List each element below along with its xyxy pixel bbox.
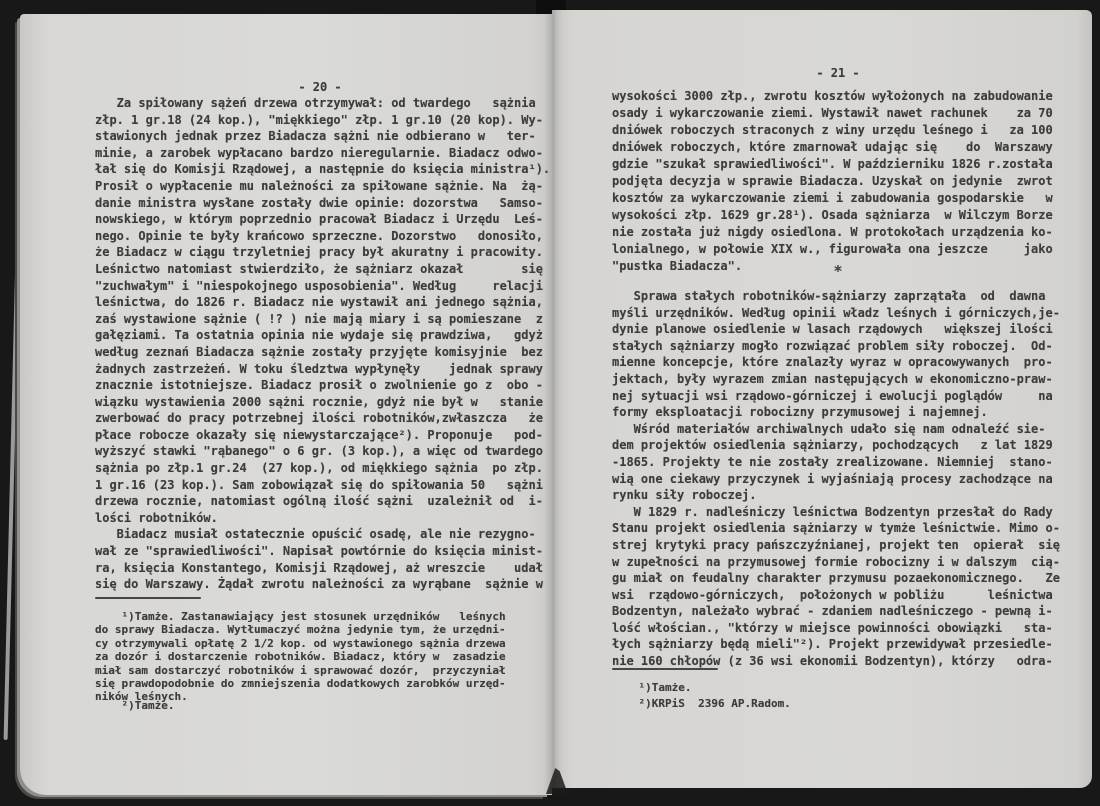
footnotes-right: ¹)Tamże. ²)KRPiS 2396 AP.Radom. bbox=[612, 680, 1074, 712]
body-text-right-bottom: Sprawa stałych robotników-sążniarzy zapr… bbox=[612, 288, 1074, 670]
scanned-book-spread: - 20 - Za spiłowany sążeń drzewa otrzymy… bbox=[0, 0, 1100, 806]
body-text-left: Za spiłowany sążeń drzewa otrzymywał: od… bbox=[95, 95, 557, 593]
page-number-left: - 20 - bbox=[95, 80, 545, 94]
asterisk-separator: * bbox=[612, 262, 1064, 280]
footnote-separator-right bbox=[612, 668, 718, 670]
footnote-1-left: ¹)Tamże. Zastanawiający jest stosunek ur… bbox=[95, 610, 557, 704]
footnote-2-left: ²)Tamże. bbox=[95, 699, 557, 713]
footnote-separator-left bbox=[95, 597, 201, 599]
page-number-right: - 21 - bbox=[612, 66, 1064, 80]
body-text-right-top: wysokości 3000 złp., zwrotu kosztów wyło… bbox=[612, 88, 1074, 275]
